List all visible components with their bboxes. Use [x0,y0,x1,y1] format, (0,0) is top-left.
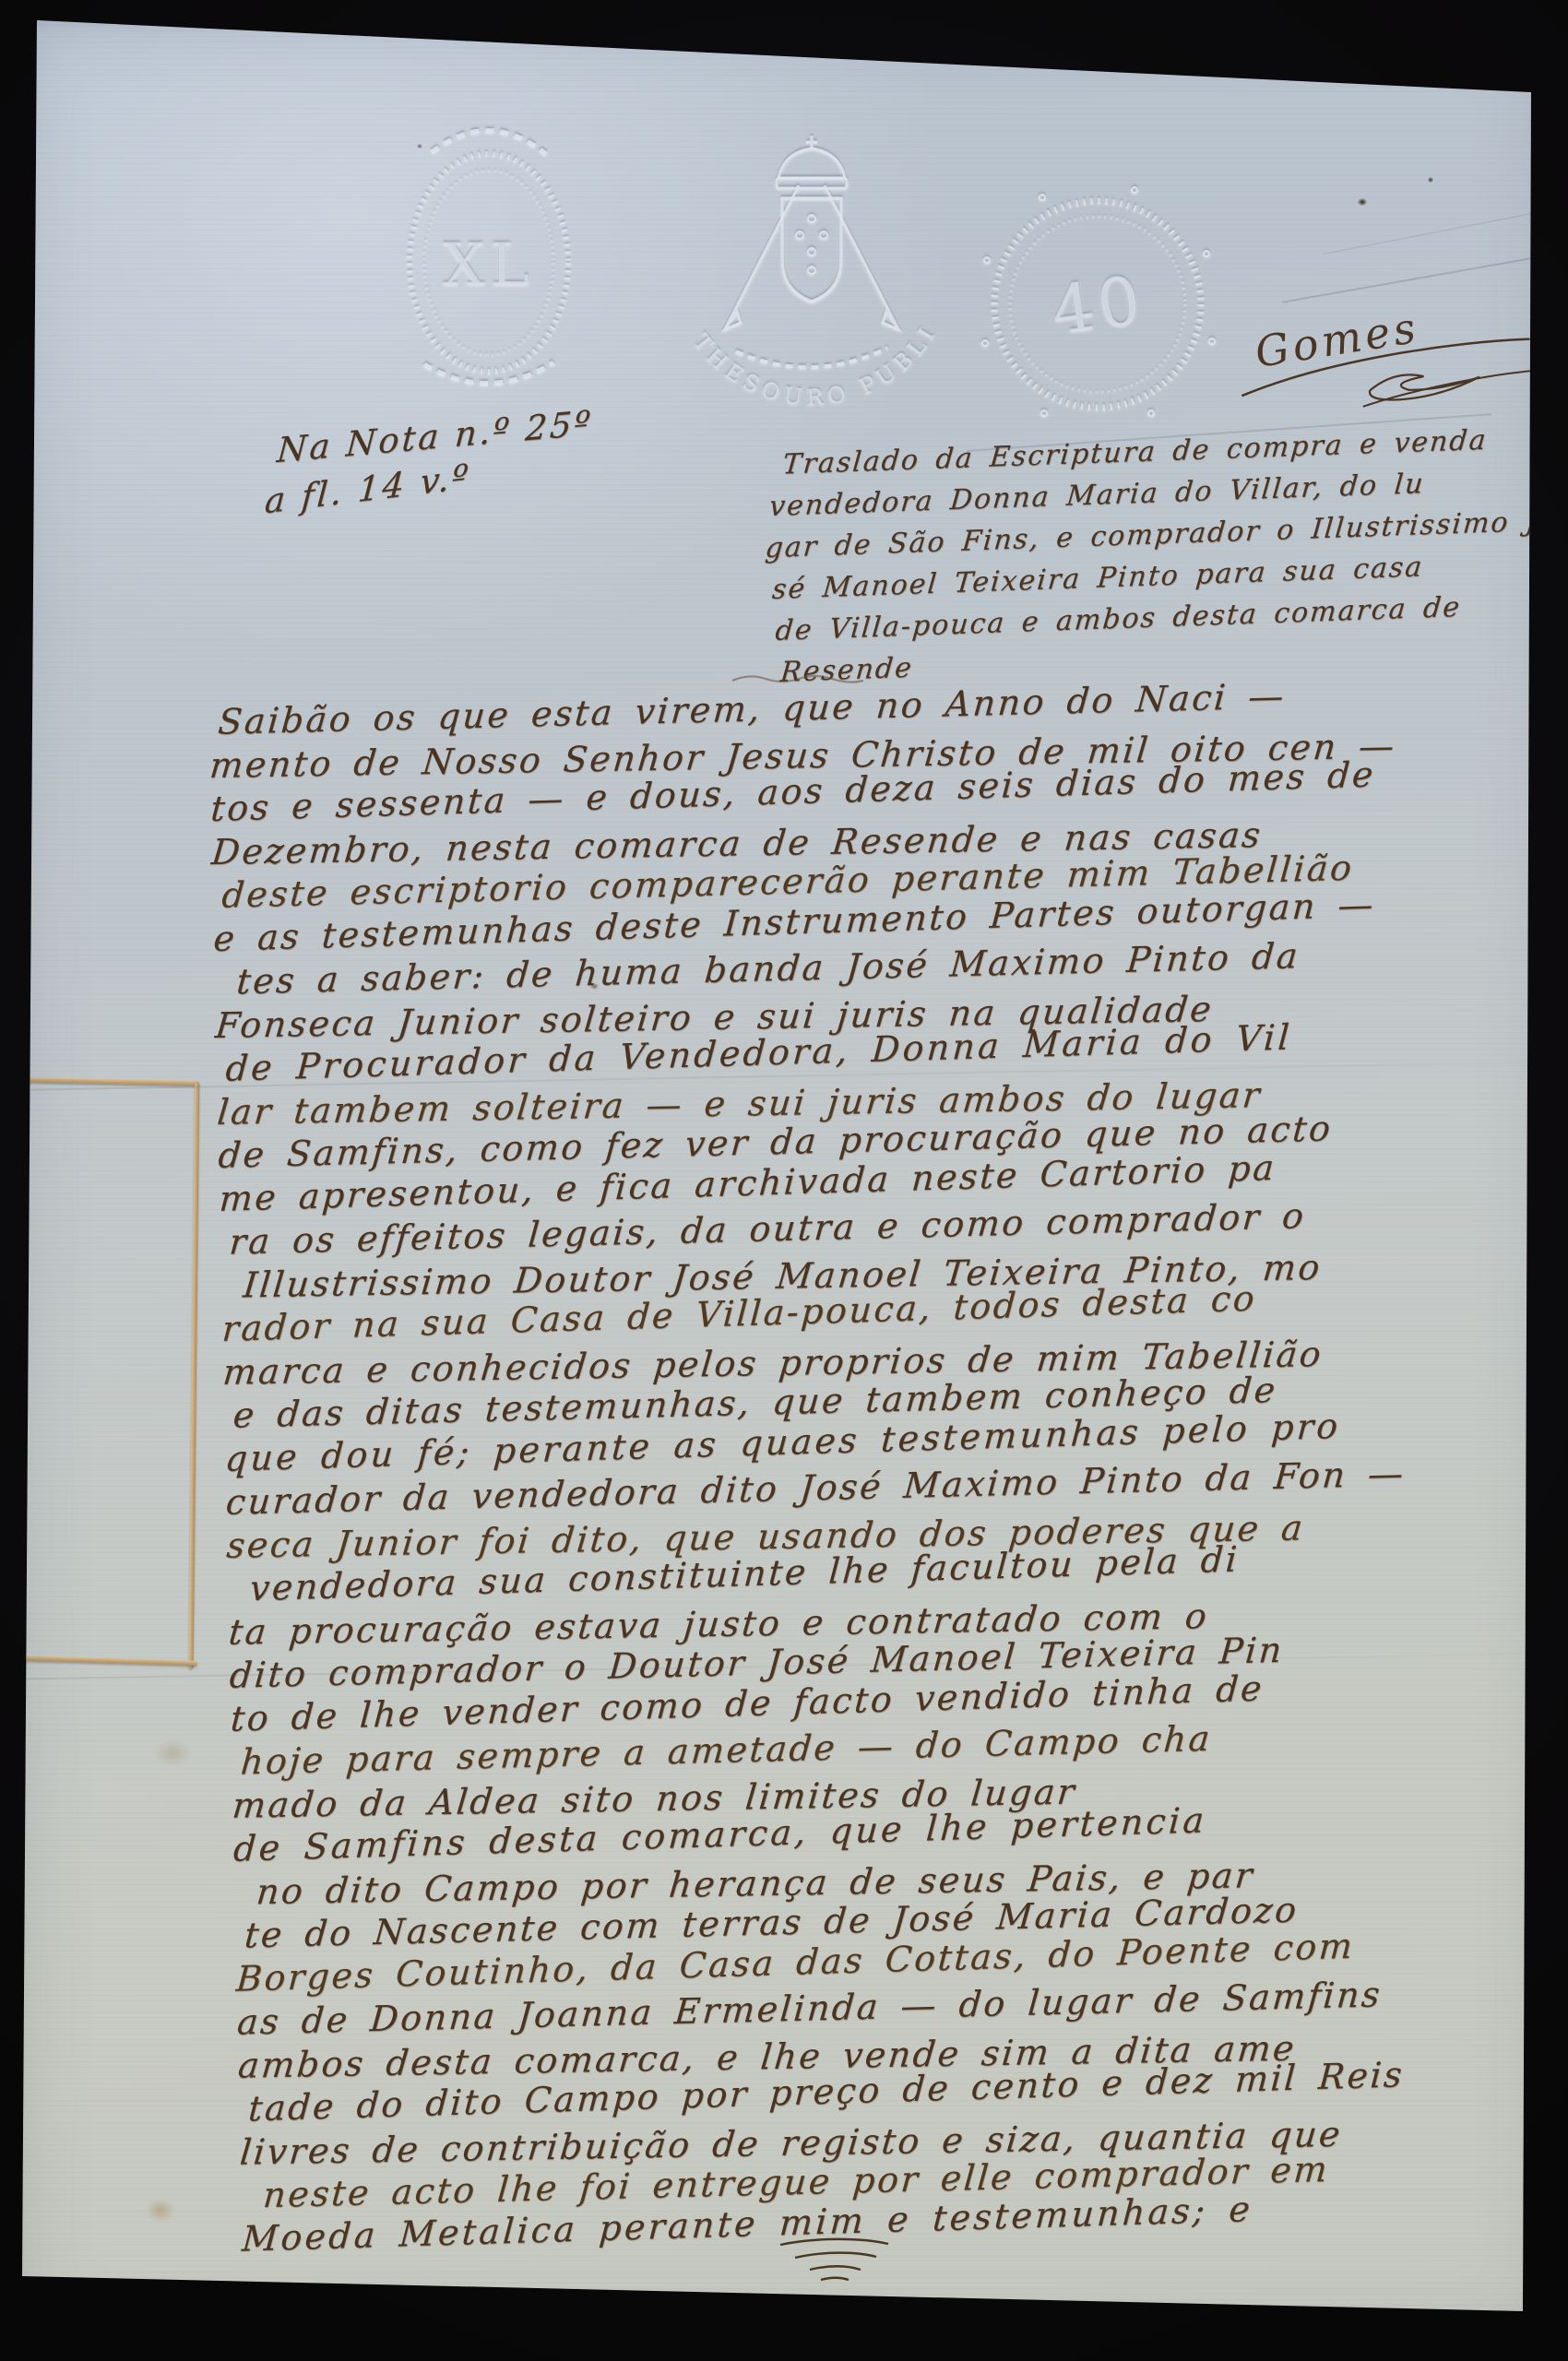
deed-title: Traslado da Escriptura de compra e venda… [767,419,1559,694]
deed-body: Saibão os que esta virem, que no Anno do… [208,673,1506,2260]
binding-thread-bottom [22,1655,197,1666]
embossed-stamp-40: 40 [982,187,1215,416]
paper-stain [146,2199,175,2222]
document-paper: XL THESOURO PUBLICO [0,0,1568,2361]
binding-thread-top [22,1077,199,1086]
stamp-xl-value: XL [443,231,535,300]
paper-stain [153,1739,192,1767]
ink-speck [1428,177,1433,183]
end-flourish [773,2236,911,2284]
embossed-stamp-xl: XL [410,130,568,383]
binding-thread-side [189,1082,200,1668]
stamp-40-value: 40 [1047,260,1148,350]
embossed-stamp-row: XL THESOURO PUBLICO [231,83,1291,470]
photo-background: XL THESOURO PUBLICO [0,0,1568,2361]
embossed-coat-of-arms: THESOURO PUBLICO [688,136,943,411]
ink-speck [1358,198,1367,206]
crease-line [1323,208,1560,255]
